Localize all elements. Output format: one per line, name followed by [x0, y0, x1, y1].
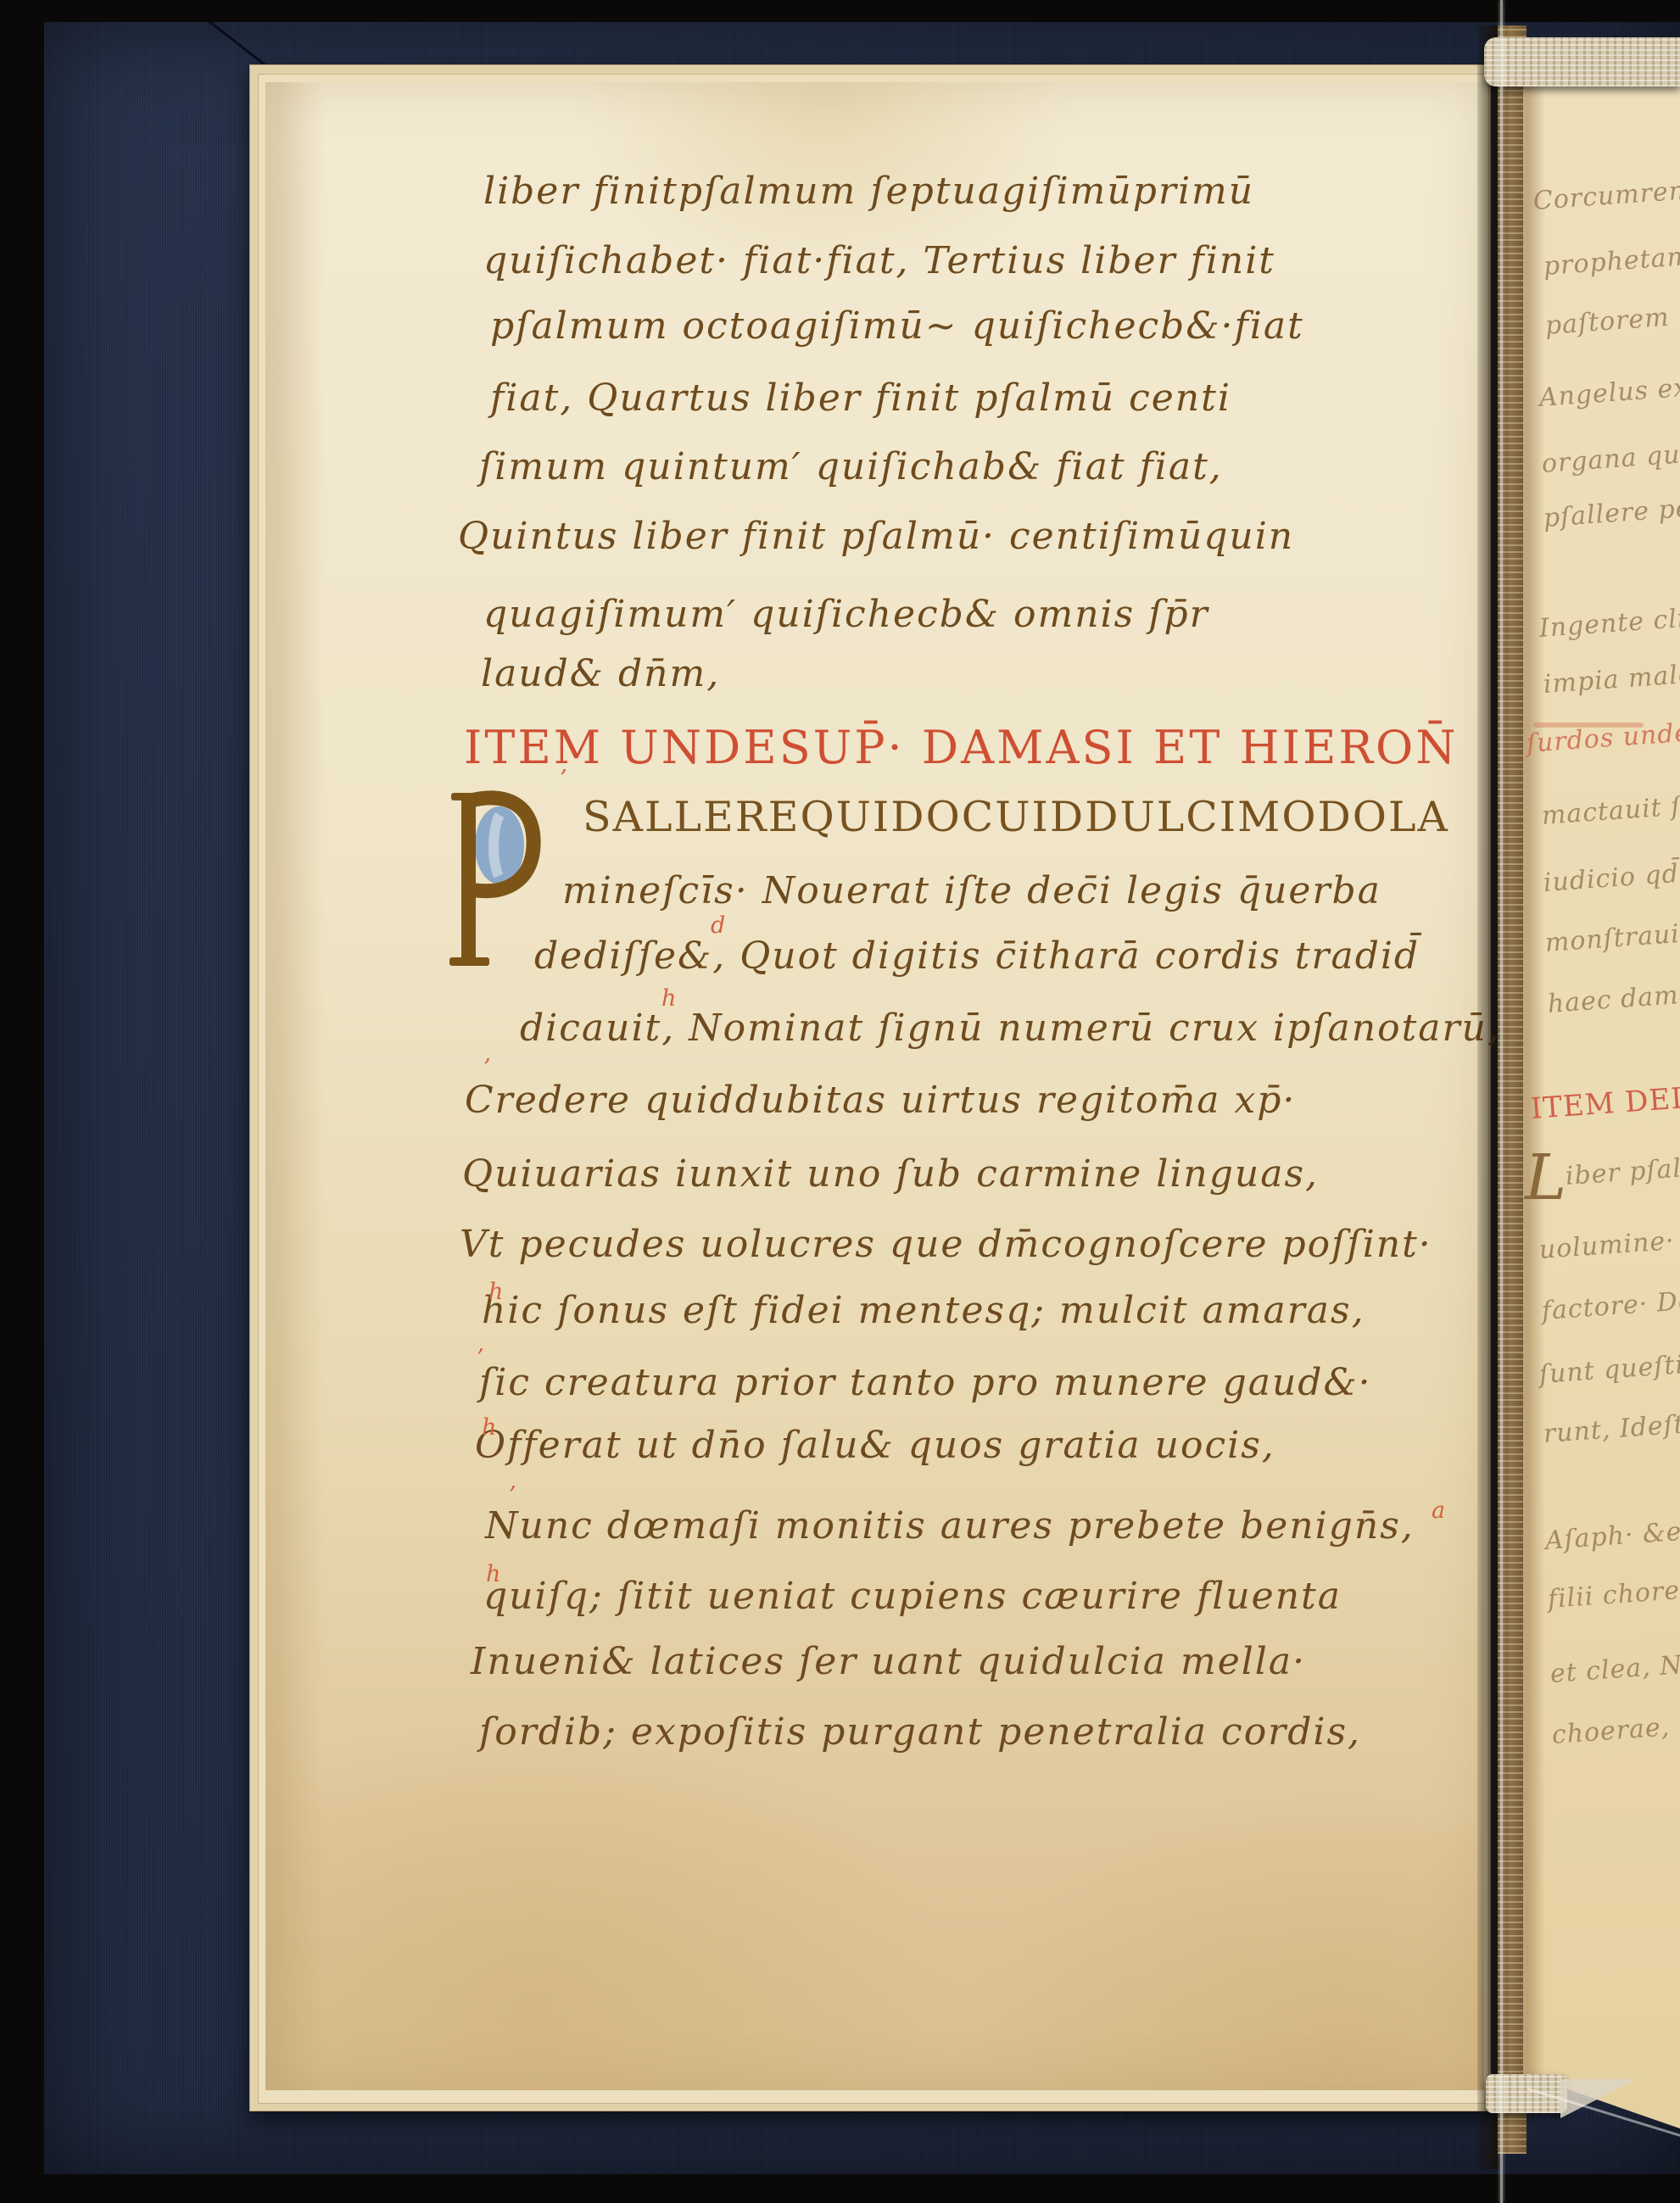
red-correction-mark: a: [1432, 1499, 1445, 1522]
linen-strap-bottom: [1486, 2074, 1567, 2113]
red-correction-mark: ’: [509, 1484, 516, 1507]
gutter-shadow: [1477, 25, 1499, 2169]
incipit-line: SALLEREQUIDOCUIDDULCIMODOLA: [583, 796, 1449, 838]
text-line: Quiuarias iunxit uno ſub carmine linguas…: [462, 1156, 1319, 1193]
text-line: laud& dn̄m,: [481, 655, 720, 693]
text-line: pſalmum octoagiſimū~ quiſichecb&·fiat: [490, 308, 1304, 345]
red-correction-mark: ’: [560, 767, 567, 790]
right-initial-l: L: [1525, 1146, 1566, 1209]
text-line: Inueni& latices ſer uant quidulcia mella…: [471, 1643, 1306, 1681]
text-line: Vt pecudes uolucres que dm̄cognoſcere po…: [460, 1226, 1432, 1263]
red-correction-mark: h: [661, 987, 676, 1010]
text-line: Nunc dœmaſi monitis aures prebete benign…: [485, 1508, 1415, 1545]
illuminated-initial-p: [442, 789, 544, 969]
initial-p-icon: [442, 789, 544, 969]
red-correction-mark: d: [711, 914, 725, 937]
red-correction-mark: ’: [483, 1057, 491, 1079]
text-line: Credere quiddubitas uirtus regitom̄a xp̄…: [465, 1082, 1296, 1119]
red-correction-mark: h: [482, 1416, 496, 1439]
text-line: mineſcīs· Nouerat iſte dec̄i legis q̄uer…: [562, 873, 1381, 910]
text-line: ſic creatura prior tanto pro munere gaud…: [479, 1364, 1372, 1402]
text-line: dicauit, Nominat ſignū numerū crux ipſan…: [520, 1010, 1501, 1047]
linen-strap-tail: [1560, 2079, 1637, 2118]
text-line: ſimum quintum′ quiſichab& fiat fiat,: [479, 449, 1223, 486]
linen-strap-top: [1484, 37, 1680, 86]
text-line: Quintus liber finit pſalmū· centiſimūqui…: [458, 518, 1294, 555]
glass-edge-line: [1500, 0, 1503, 2203]
red-correction-mark: h: [488, 1280, 503, 1303]
text-line: ſordib; expoſitis purgant penetralia cor…: [479, 1714, 1361, 1751]
text-line: hic ſonus eſt fidei mentesq; mulcit amar…: [482, 1292, 1365, 1330]
manuscript-photo: liber finitpſalmum ſeptuagiſimūprimū qui…: [0, 0, 1680, 2203]
text-line: Offerat ut dn̄o ſalu& quos gratia uocis,: [475, 1427, 1275, 1464]
text-line: quiſichabet· fiat·fiat, Tertius liber fi…: [483, 243, 1275, 280]
text-line: liber finitpſalmum ſeptuagiſimūprimū: [483, 173, 1254, 210]
red-correction-mark: ’: [477, 1347, 484, 1369]
red-correction-mark: h: [486, 1563, 500, 1586]
text-line: fiat, Quartus liber finit pſalmū centi: [490, 380, 1231, 417]
text-line: dediſſe&, Quot digitis c̄itharā cordis t…: [534, 938, 1420, 975]
text-line: quagiſimum′ quiſichecb& omnis ſp̄r: [483, 596, 1209, 633]
text-line: quiſq; ſitit ueniat cupiens cæurire flue…: [483, 1578, 1342, 1615]
rubric-line: ITEM UNDESUP̄· DAMASI ET HIERON̄: [464, 725, 1459, 771]
